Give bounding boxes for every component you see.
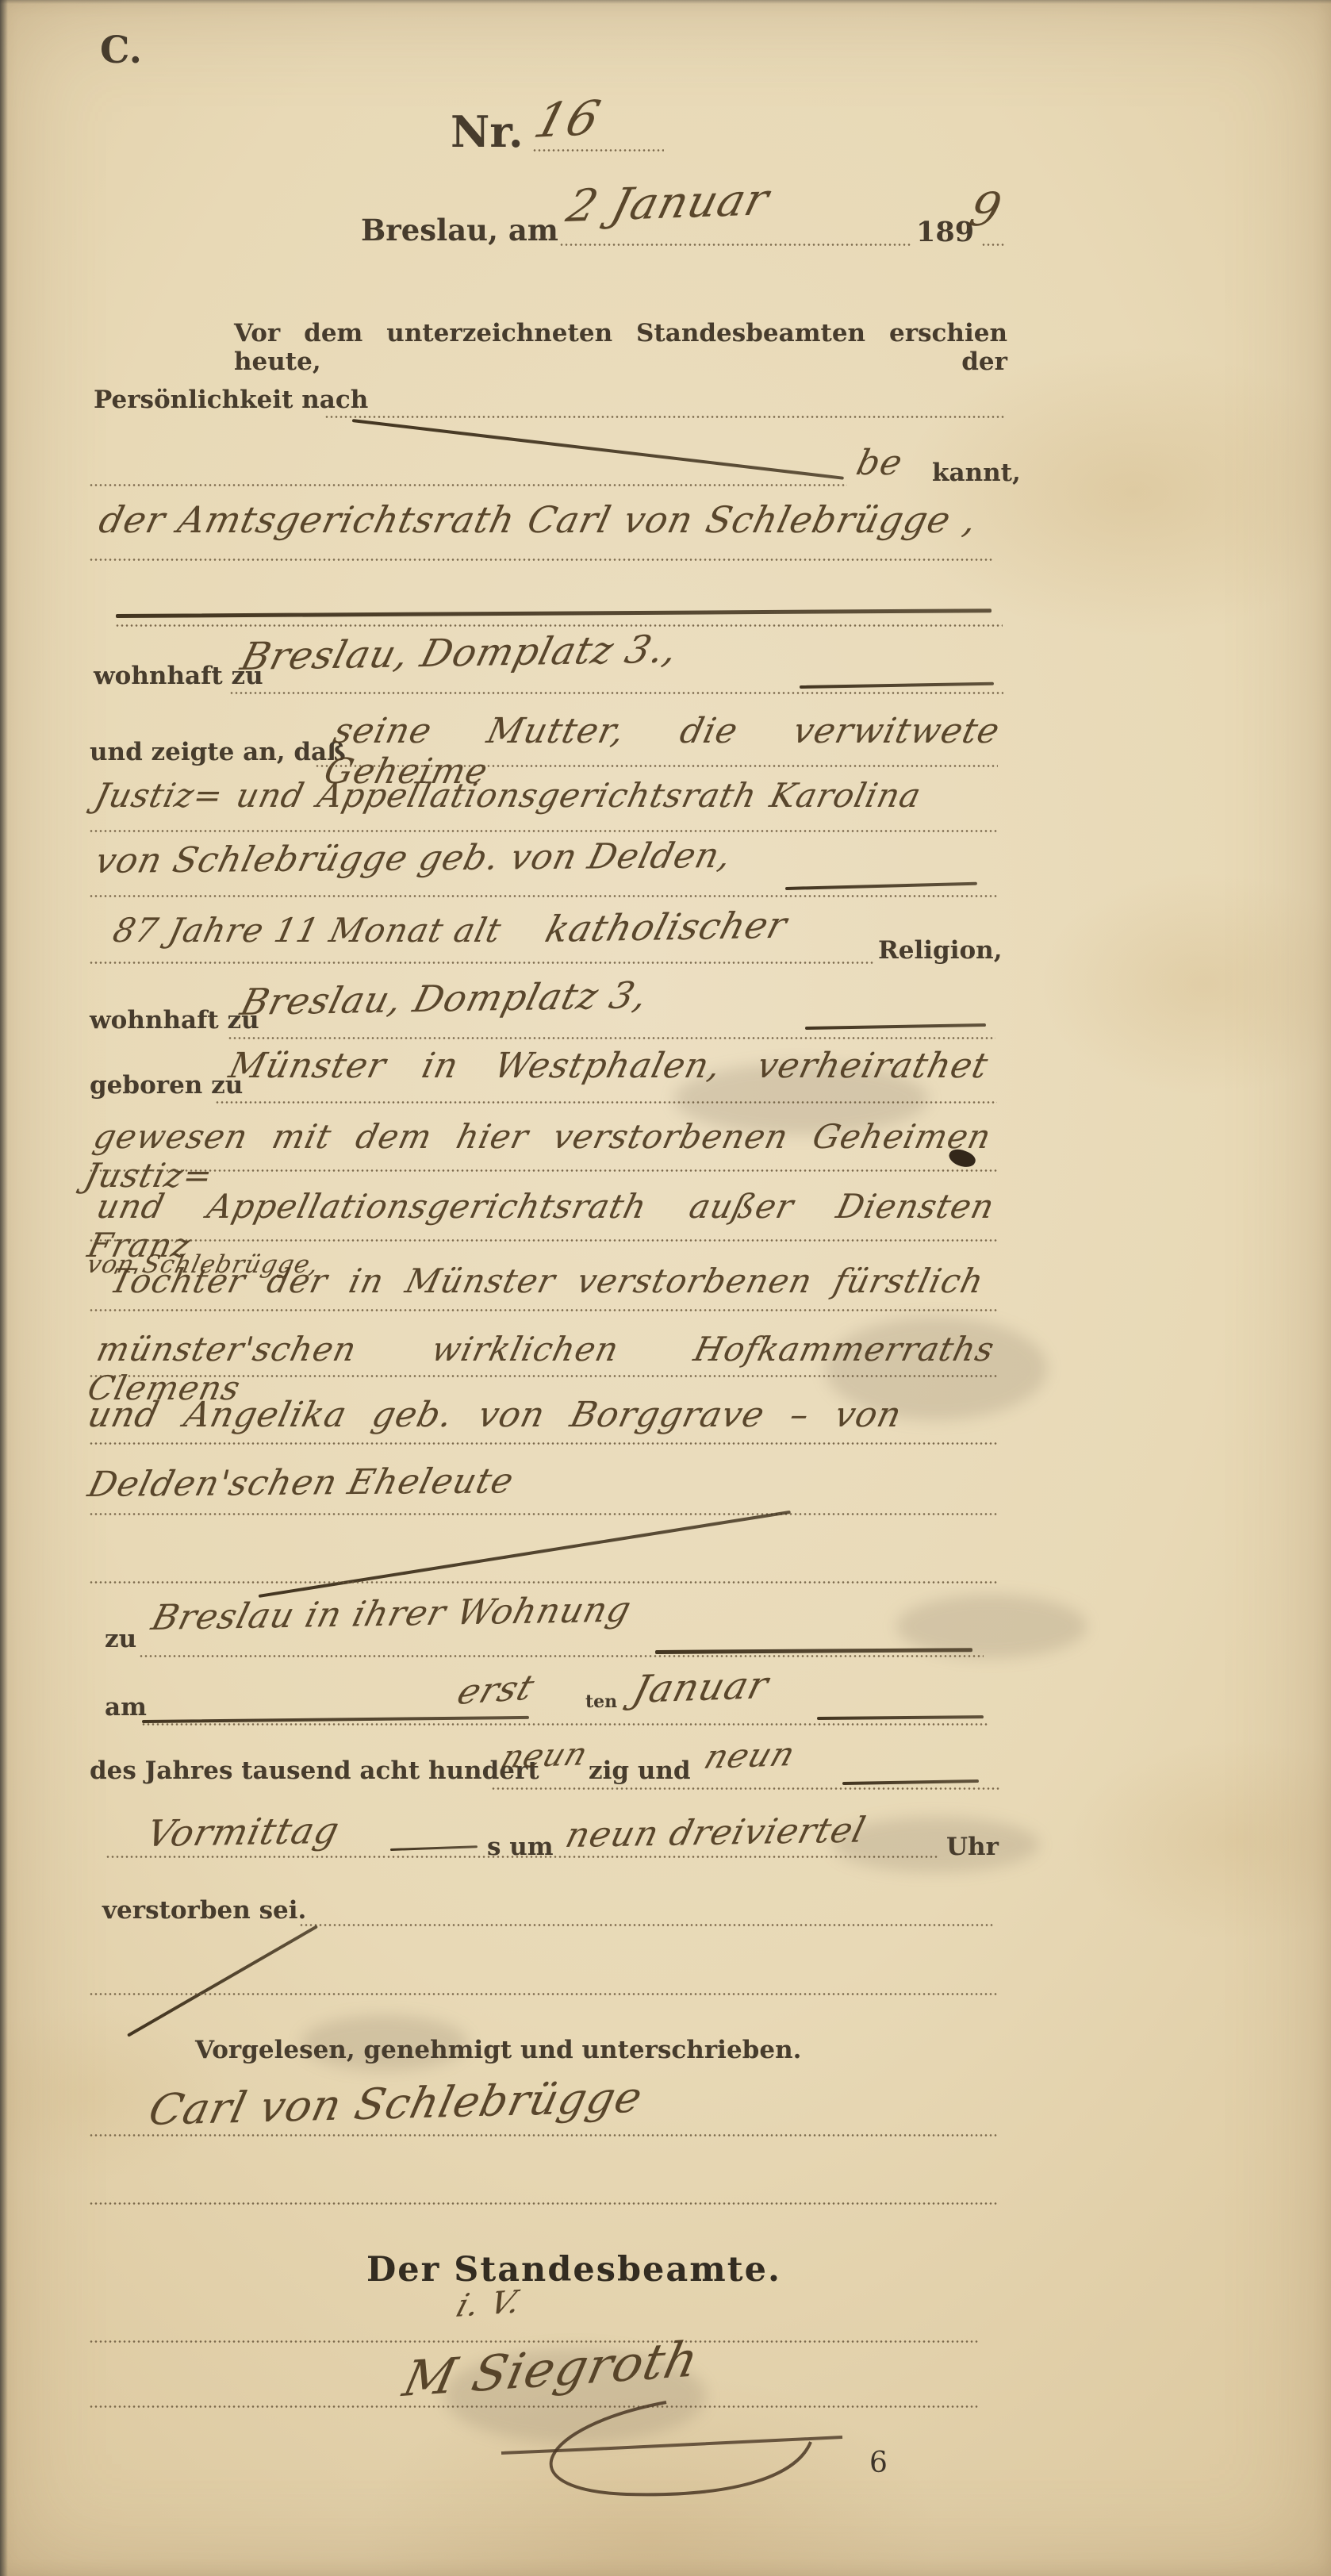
dotted-rule — [90, 962, 875, 964]
residence1-value: Breslau, Domplatz 3., — [236, 627, 683, 679]
fill-stroke — [842, 1779, 979, 1785]
death-year-mid: zig und — [589, 1756, 691, 1785]
scan-edge-left — [0, 0, 8, 2576]
religion-label: Religion, — [878, 936, 1003, 965]
known-handwritten: be — [853, 443, 907, 483]
scan-edge-top — [0, 0, 1331, 4]
dotted-rule — [533, 149, 664, 152]
death-place-value: Breslau in ihrer Wohnung — [148, 1590, 635, 1638]
record-number-value: 16 — [528, 90, 607, 149]
dotted-rule — [216, 1101, 997, 1104]
fill-stroke — [805, 1023, 986, 1030]
registrar-title: Der Standesbeamte. — [366, 2250, 781, 2290]
place-date-label: Breslau, am — [361, 213, 558, 248]
dotted-rule — [90, 1513, 998, 1515]
deputy-note: i. V. — [452, 2284, 526, 2325]
dotted-rule — [316, 765, 998, 767]
dotted-rule — [90, 1375, 998, 1377]
death-place-label: zu — [105, 1625, 136, 1653]
dotted-rule — [560, 244, 912, 246]
report-label: und zeigte an, daß — [90, 738, 346, 766]
attestation-line: Vorgelesen, genehmigt und unterschrieben… — [195, 2036, 801, 2064]
page-number: 6 — [869, 2447, 888, 2479]
death-date-label: am — [105, 1693, 147, 1722]
death-year-ones: neun — [700, 1734, 800, 1776]
known-printed: kannt, — [932, 459, 1021, 487]
dotted-rule — [90, 1239, 998, 1242]
dotted-rule — [492, 1787, 999, 1790]
dotted-rule — [90, 2202, 998, 2205]
dotted-rule — [90, 1581, 998, 1584]
dotted-rule — [982, 244, 1006, 246]
fill-stroke — [142, 1716, 529, 1723]
dotted-rule — [90, 559, 994, 561]
fill-stroke — [390, 1845, 478, 1851]
residence2-label: wohnhaft zu — [90, 1006, 259, 1035]
residence2-value: Breslau, Domplatz 3, — [236, 973, 652, 1023]
dotted-rule — [90, 1442, 998, 1445]
dotted-rule — [116, 624, 1003, 627]
family-line5: und Angelika geb. von Borggrave – von — [84, 1395, 906, 1435]
declarant-signature: Carl von Schlebrügge — [144, 2072, 647, 2135]
age-value: 87 Jahre 11 Monat alt — [109, 911, 505, 950]
report-line3: von Schlebrügge geb. von Delden, — [91, 835, 736, 881]
fill-stroke — [800, 682, 994, 689]
dotted-rule — [90, 1309, 998, 1311]
death-time-value: neun dreiviertel — [562, 1810, 870, 1856]
dotted-rule — [90, 1169, 998, 1172]
separator-line — [116, 608, 992, 618]
death-year-tens: neun — [497, 1736, 593, 1776]
religion-value: katholischer — [541, 904, 792, 950]
signature-flourish — [428, 2396, 873, 2515]
deceased-closing-label: verstorben sei. — [102, 1896, 306, 1925]
family-line6: Delden'schen Eheleute — [84, 1461, 518, 1505]
report-line2: Justiz= und Appellationsgerichtsrath Kar… — [91, 776, 925, 815]
death-day-handwritten: erst — [452, 1668, 540, 1713]
death-time-unit: Uhr — [946, 1833, 999, 1861]
identity-label: Persönlichkeit nach — [94, 386, 368, 414]
intro-line: Vor dem unterzeichneten Standesbeamten e… — [234, 319, 1007, 376]
family-line1: gewesen mit dem hier verstorbenen Geheim… — [81, 1117, 995, 1195]
dotted-rule — [140, 1655, 984, 1657]
death-year-label: des Jahres tausend acht hundert — [90, 1756, 539, 1785]
date-handwritten: 2 Januar — [562, 174, 774, 232]
death-time-of-day: Vormittag — [143, 1809, 343, 1855]
dotted-rule — [325, 416, 1006, 418]
cancellation-stroke — [352, 419, 844, 480]
cancellation-stroke — [127, 1925, 318, 2037]
cancellation-stroke — [259, 1511, 791, 1598]
dotted-rule — [230, 692, 1003, 694]
dotted-rule — [142, 1723, 988, 1726]
dotted-rule — [228, 1037, 995, 1039]
dotted-rule — [90, 895, 998, 897]
fill-stroke — [817, 1715, 984, 1720]
dotted-rule — [90, 830, 998, 832]
fill-stroke — [785, 882, 977, 890]
born-value: Münster in Westphalen, verheirathet — [225, 1046, 992, 1086]
dotted-rule — [90, 484, 847, 486]
dotted-rule — [106, 1856, 939, 1858]
year-handwritten: 9 — [965, 182, 1007, 236]
corner-mark: C. — [100, 29, 142, 72]
death-month-handwritten: Januar — [628, 1663, 773, 1712]
death-register-form: C. Nr. 16 Breslau, am 2 Januar 189 9 Vor… — [0, 0, 1331, 2576]
declarant-line: der Amtsgerichtsrath Carl von Schlebrügg… — [95, 498, 981, 541]
born-label: geboren zu — [90, 1071, 243, 1100]
dotted-rule — [90, 1993, 998, 1995]
death-day-suffix: ten — [585, 1691, 617, 1712]
record-number-label: Nr. — [451, 106, 524, 157]
family-line3: Tochter der in Münster verstorbenen fürs… — [106, 1261, 988, 1300]
fill-stroke — [655, 1648, 972, 1654]
dotted-rule — [90, 2134, 998, 2136]
dotted-rule — [300, 1924, 993, 1926]
